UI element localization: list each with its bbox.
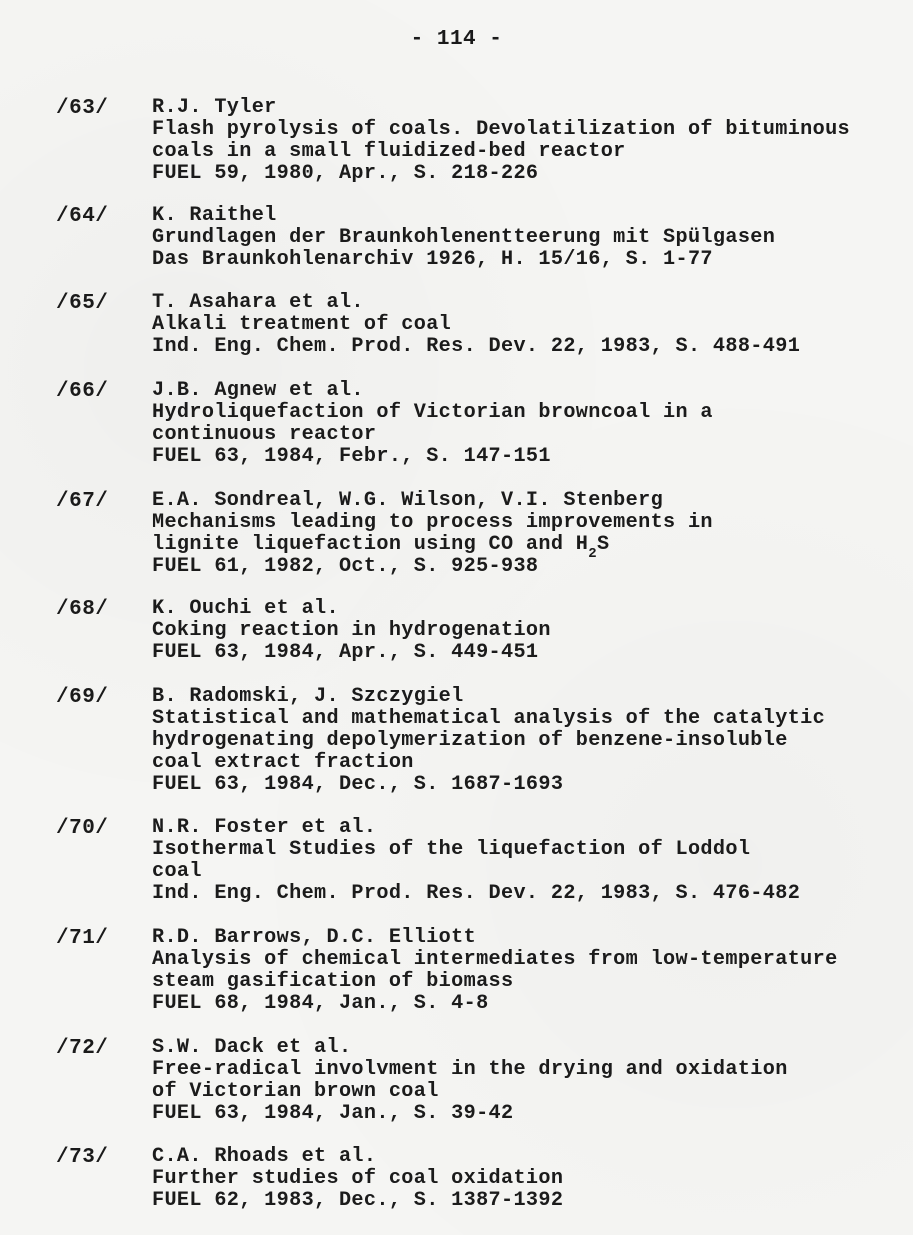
reference-authors: C.A. Rhoads et al. [152, 1146, 902, 1168]
reference-title-line: coals in a small fluidized-bed reactor [152, 141, 902, 163]
reference-title-line: Mechanisms leading to process improvemen… [152, 512, 902, 534]
reference-source: Das Braunkohlenarchiv 1926, H. 15/16, S.… [152, 249, 902, 271]
reference-number: /70/ [56, 817, 108, 840]
reference-body: T. Asahara et al.Alkali treatment of coa… [152, 292, 902, 358]
reference-title-line: of Victorian brown coal [152, 1081, 902, 1103]
reference-source: FUEL 63, 1984, Febr., S. 147-151 [152, 446, 902, 468]
reference-title-line: Alkali treatment of coal [152, 314, 902, 336]
reference-number: /68/ [56, 598, 108, 621]
reference-body: S.W. Dack et al.Free-radical involvment … [152, 1037, 902, 1125]
reference-title-line: hydrogenating depolymerization of benzen… [152, 730, 902, 752]
reference-number: /71/ [56, 927, 108, 950]
reference-title-line: Grundlagen der Braunkohlenentteerung mit… [152, 227, 902, 249]
reference-title-line: Flash pyrolysis of coals. Devolatilizati… [152, 119, 902, 141]
reference-title-line: Isothermal Studies of the liquefaction o… [152, 839, 902, 861]
reference-title-line: Coking reaction in hydrogenation [152, 620, 902, 642]
reference-title-line: continuous reactor [152, 424, 902, 446]
reference-number: /69/ [56, 686, 108, 709]
reference-number: /72/ [56, 1037, 108, 1060]
reference-source: FUEL 62, 1983, Dec., S. 1387-1392 [152, 1190, 902, 1212]
reference-body: N.R. Foster et al.Isothermal Studies of … [152, 817, 902, 905]
reference-authors: J.B. Agnew et al. [152, 380, 902, 402]
reference-body: C.A. Rhoads et al.Further studies of coa… [152, 1146, 902, 1212]
reference-title-line: coal extract fraction [152, 752, 902, 774]
reference-authors: T. Asahara et al. [152, 292, 902, 314]
reference-number: /63/ [56, 97, 108, 120]
reference-authors: K. Raithel [152, 205, 902, 227]
document-page: - 114 - /63/R.J. TylerFlash pyrolysis of… [0, 0, 913, 1235]
reference-authors: E.A. Sondreal, W.G. Wilson, V.I. Stenber… [152, 490, 902, 512]
reference-title-line: Further studies of coal oxidation [152, 1168, 902, 1190]
reference-authors: K. Ouchi et al. [152, 598, 902, 620]
reference-title-line: Analysis of chemical intermediates from … [152, 949, 902, 971]
reference-title-line: coal [152, 861, 902, 883]
reference-body: E.A. Sondreal, W.G. Wilson, V.I. Stenber… [152, 490, 902, 578]
reference-source: FUEL 59, 1980, Apr., S. 218-226 [152, 163, 902, 185]
reference-title-line: lignite liquefaction using CO and H2S [152, 534, 902, 556]
reference-body: R.J. TylerFlash pyrolysis of coals. Devo… [152, 97, 902, 185]
reference-number: /67/ [56, 490, 108, 513]
reference-number: /64/ [56, 205, 108, 228]
reference-authors: N.R. Foster et al. [152, 817, 902, 839]
reference-authors: R.J. Tyler [152, 97, 902, 119]
reference-source: Ind. Eng. Chem. Prod. Res. Dev. 22, 1983… [152, 883, 902, 905]
reference-source: Ind. Eng. Chem. Prod. Res. Dev. 22, 1983… [152, 336, 902, 358]
reference-body: K. RaithelGrundlagen der Braunkohlenentt… [152, 205, 902, 271]
reference-number: /73/ [56, 1146, 108, 1169]
reference-title-line: steam gasification of biomass [152, 971, 902, 993]
reference-title-line: Free-radical involvment in the drying an… [152, 1059, 902, 1081]
reference-authors: S.W. Dack et al. [152, 1037, 902, 1059]
reference-body: J.B. Agnew et al.Hydroliquefaction of Vi… [152, 380, 902, 468]
reference-body: B. Radomski, J. SzczygielStatistical and… [152, 686, 902, 796]
reference-source: FUEL 63, 1984, Jan., S. 39-42 [152, 1103, 902, 1125]
reference-body: K. Ouchi et al.Coking reaction in hydrog… [152, 598, 902, 664]
reference-title-line: Hydroliquefaction of Victorian browncoal… [152, 402, 902, 424]
reference-source: FUEL 68, 1984, Jan., S. 4-8 [152, 993, 902, 1015]
reference-body: R.D. Barrows, D.C. ElliottAnalysis of ch… [152, 927, 902, 1015]
reference-authors: R.D. Barrows, D.C. Elliott [152, 927, 902, 949]
page-number: - 114 - [0, 28, 913, 51]
reference-source: FUEL 63, 1984, Dec., S. 1687-1693 [152, 774, 902, 796]
reference-title-line: Statistical and mathematical analysis of… [152, 708, 902, 730]
reference-source: FUEL 61, 1982, Oct., S. 925-938 [152, 556, 902, 578]
reference-number: /66/ [56, 380, 108, 403]
reference-number: /65/ [56, 292, 108, 315]
reference-authors: B. Radomski, J. Szczygiel [152, 686, 902, 708]
reference-source: FUEL 63, 1984, Apr., S. 449-451 [152, 642, 902, 664]
